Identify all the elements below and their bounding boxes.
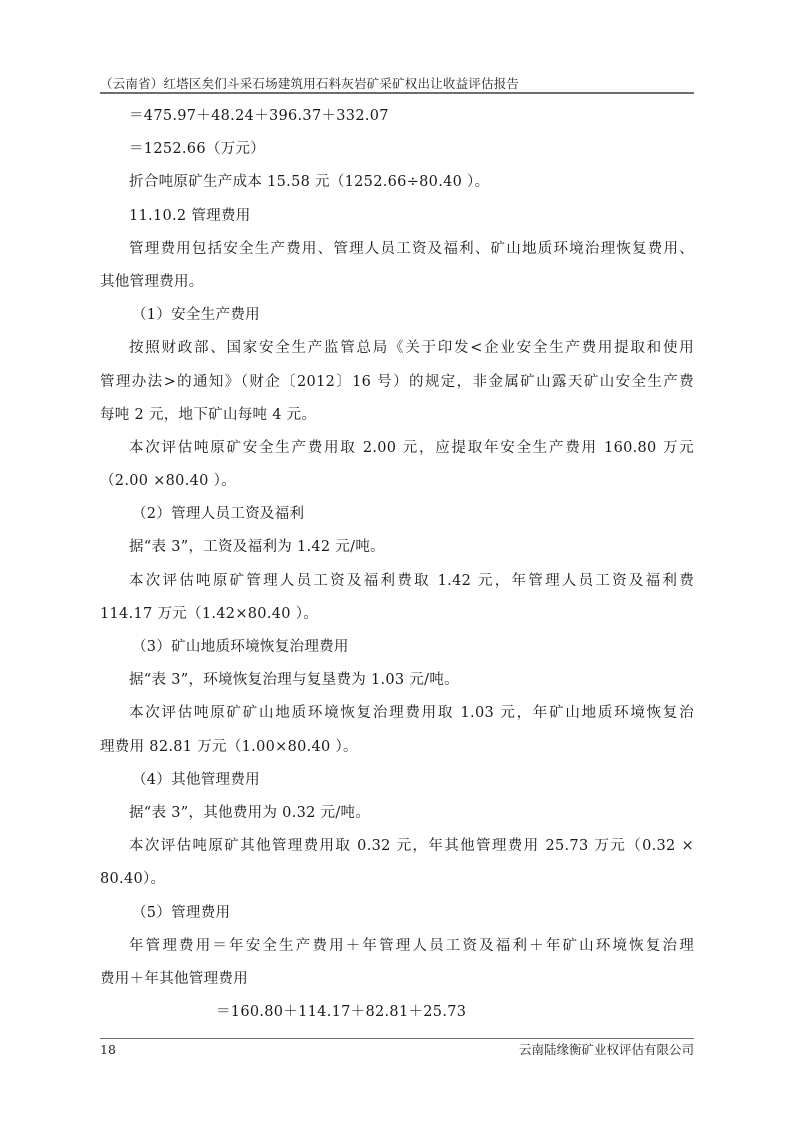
- footer-divider: [100, 1038, 694, 1039]
- paragraph-line: 管理办法>的通知》（财企〔2012〕16 号）的规定，非金属矿山露天矿山安全生产…: [100, 366, 694, 399]
- paragraph-line: 据“表 3”，环境恢复治理与复垦费为 1.03 元/吨。: [100, 664, 694, 697]
- paragraph-line: 本次评估吨原矿其他管理费用取 0.32 元，年其他管理费用 25.73 万元（0…: [100, 830, 694, 863]
- paragraph-line: 按照财政部、国家安全生产监管总局《关于印发<企业安全生产费用提取和使用: [100, 332, 694, 365]
- subheading-management-cost-total: （5）管理费用: [100, 897, 694, 930]
- page-number: 18: [100, 1042, 116, 1058]
- paragraph-line: 年管理费用＝年安全生产费用＋年管理人员工资及福利＋年矿山环境恢复治理: [100, 930, 694, 963]
- section-heading-management-cost: 11.10.2 管理费用: [100, 200, 694, 233]
- paragraph-line: 本次评估吨原矿矿山地质环境恢复治理费用取 1.03 元，年矿山地质环境恢复治: [100, 697, 694, 730]
- paragraph-line: 据“表 3”，其他费用为 0.32 元/吨。: [100, 797, 694, 830]
- unit-cost-line: 折合吨原矿生产成本 15.58 元（1252.66÷80.40 ）。: [100, 166, 694, 199]
- paragraph-line: 114.17 万元（1.42×80.40 ）。: [100, 598, 694, 631]
- paragraph-line: 80.40）。: [100, 863, 694, 896]
- paragraph-line: 本次评估吨原矿安全生产费用取 2.00 元，应提取年安全生产费用 160.80 …: [100, 432, 694, 465]
- document-body: ＝475.97＋48.24＋396.37＋332.07 ＝1252.66（万元）…: [100, 100, 694, 1029]
- paragraph-line: 费用＋年其他管理费用: [100, 963, 694, 996]
- running-header: （云南省）红塔区矣们斗采石场建筑用石料灰岩矿采矿权出让收益评估报告: [100, 76, 694, 92]
- paragraph-line: 其他管理费用。: [100, 266, 694, 299]
- formula-line-sum: ＝475.97＋48.24＋396.37＋332.07: [100, 100, 694, 133]
- paragraph-line: 据“表 3”，工资及福利为 1.42 元/吨。: [100, 531, 694, 564]
- paragraph-line: （2.00 ×80.40 ）。: [100, 465, 694, 498]
- paragraph-line: 每吨 2 元，地下矿山每吨 4 元。: [100, 399, 694, 432]
- subheading-safety-cost: （1）安全生产费用: [100, 299, 694, 332]
- formula-line-management-sum: ＝160.80＋114.17＋82.81＋25.73: [100, 996, 694, 1029]
- footer-company-name: 云南陆缘衡矿业权评估有限公司: [519, 1042, 694, 1058]
- subheading-staff-wages: （2）管理人员工资及福利: [100, 498, 694, 531]
- paragraph-line: 理费用 82.81 万元（1.00×80.40 ）。: [100, 731, 694, 764]
- formula-line-total: ＝1252.66（万元）: [100, 133, 694, 166]
- subheading-environment-restoration: （3）矿山地质环境恢复治理费用: [100, 631, 694, 664]
- paragraph-line: 管理费用包括安全生产费用、管理人员工资及福利、矿山地质环境治理恢复费用、: [100, 233, 694, 266]
- subheading-other-management-cost: （4）其他管理费用: [100, 764, 694, 797]
- paragraph-line: 本次评估吨原矿管理人员工资及福利费取 1.42 元，年管理人员工资及福利费: [100, 565, 694, 598]
- header-divider: [100, 92, 694, 94]
